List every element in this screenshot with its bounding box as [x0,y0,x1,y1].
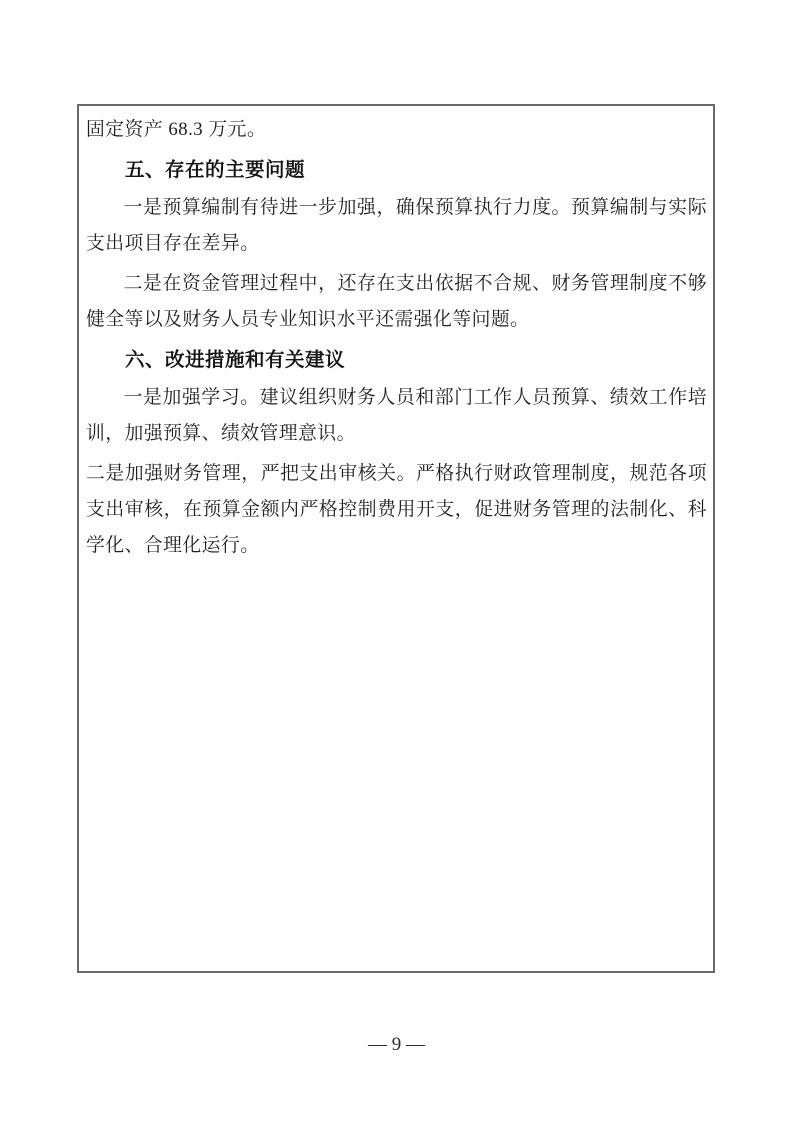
page-number: — 9 — [0,1033,793,1057]
para-suggestion-1: 一是加强学习。建议组织财务人员和部门工作人员预算、绩效工作培训，加强预算、绩效管… [86,380,707,452]
para-problem-2: 二是在资金管理过程中，还存在支出依据不合规、财务管理制度不够健全等以及财务人员专… [86,266,707,338]
para-fixed-assets: 固定资产 68.3 万元。 [86,112,707,148]
heading-main-problems: 五、存在的主要问题 [86,152,707,188]
heading-improvements: 六、改进措施和有关建议 [86,342,707,378]
content-frame: 固定资产 68.3 万元。 五、存在的主要问题 一是预算编制有待进一步加强，确保… [77,104,715,973]
document-page: 固定资产 68.3 万元。 五、存在的主要问题 一是预算编制有待进一步加强，确保… [0,0,793,1122]
para-suggestion-2: 二是加强财务管理，严把支出审核关。严格执行财政管理制度，规范各项支出审核，在预算… [86,456,707,564]
para-problem-1: 一是预算编制有待进一步加强，确保预算执行力度。预算编制与实际支出项目存在差异。 [86,190,707,262]
